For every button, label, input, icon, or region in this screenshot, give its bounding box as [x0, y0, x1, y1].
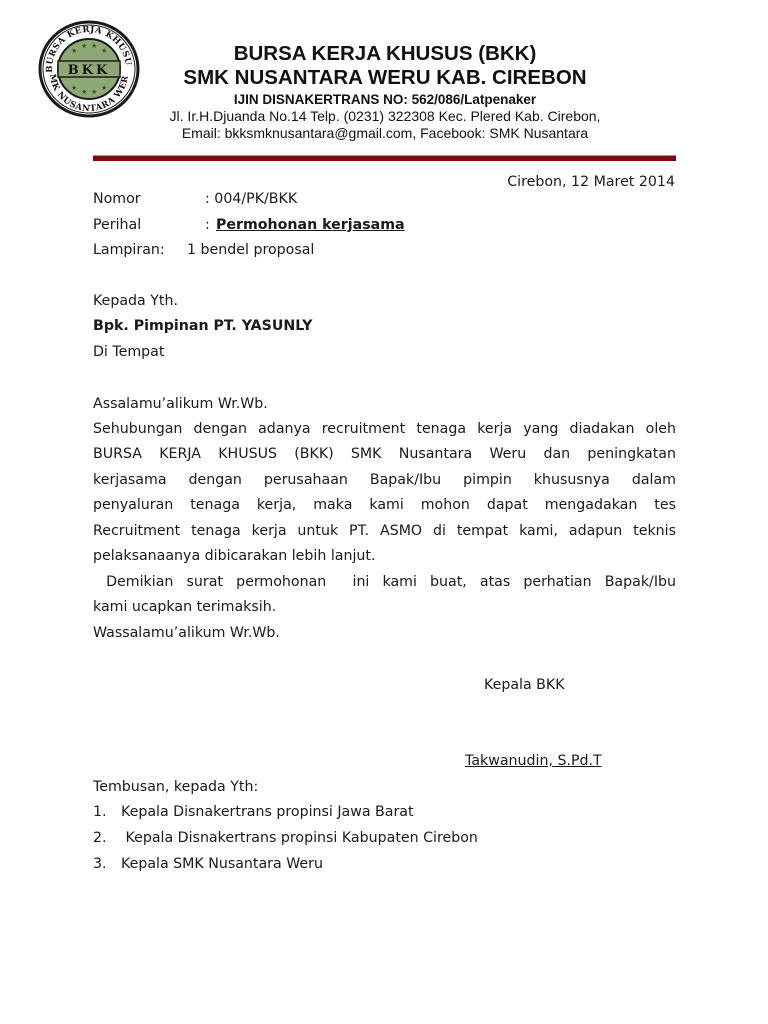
cc-item-number: 3.	[93, 855, 107, 873]
body-line: kerjasama dengan perusahaan Bapak/Ibu pi…	[93, 471, 676, 489]
cc-item: Kepala Disnakertrans propinsi Jawa Barat	[121, 803, 414, 821]
nomor-value: : 004/PK/BKK	[205, 190, 297, 208]
cc-item-number: 1.	[93, 803, 107, 821]
cc-item-number: 2.	[93, 829, 107, 847]
nomor-label: Nomor	[93, 190, 141, 208]
opening-salutation: Assalamu’alikum Wr.Wb.	[93, 395, 268, 413]
body-line: pelaksanaanya dibicarakan lebih lanjut.	[93, 547, 375, 565]
body-line: Recruitment tenaga kerja untuk PT. ASMO …	[93, 522, 676, 540]
perihal-label: Perihal	[93, 216, 141, 234]
cc-item: Kepala Disnakertrans propinsi Kabupaten …	[121, 829, 478, 847]
letter-page: BKK BURSA KERJA KHUSUS SMK NUSANTARA WER…	[0, 0, 768, 1024]
letterhead-divider	[93, 155, 676, 161]
closing-salutation: Wassalamu’alikum Wr.Wb.	[93, 624, 280, 642]
body-line: BURSA KERJA KHUSUS (BKK) SMK Nusantara W…	[93, 445, 676, 463]
signature-name: Takwanudin, S.Pd.T	[465, 752, 602, 770]
svg-text:★: ★	[81, 42, 87, 50]
lampiran-value: 1 bendel proposal	[187, 241, 314, 259]
svg-text:★: ★	[71, 84, 77, 92]
address: Jl. Ir.H.Djuanda No.14 Telp. (0231) 3223…	[130, 108, 640, 124]
perihal-colon: :	[205, 216, 210, 234]
svg-text:★: ★	[91, 42, 97, 50]
school-title: SMK NUSANTARA WERU KAB. CIREBON	[130, 66, 640, 90]
license-number: IJIN DISNAKERTRANS NO: 562/086/Latpenake…	[130, 92, 640, 107]
svg-text:★: ★	[71, 47, 77, 55]
recipient-name: Bpk. Pimpinan PT. YASUNLY	[93, 317, 312, 335]
svg-text:BKK: BKK	[68, 63, 111, 78]
cc-item: Kepala SMK Nusantara Weru	[121, 855, 323, 873]
bkk-emblem-icon: BKK BURSA KERJA KHUSUS SMK NUSANTARA WER…	[38, 20, 140, 118]
place-date: Cirebon, 12 Maret 2014	[507, 173, 675, 191]
lampiran-label: Lampiran:	[93, 241, 165, 259]
closing-paragraph-end: kami ucapkan terimaksih.	[93, 598, 276, 616]
body-line: penyaluran tenaga kerja, maka kami mohon…	[93, 496, 676, 514]
closing-paragraph: Demikian surat permohonan ini kami buat,…	[93, 573, 676, 591]
svg-text:★: ★	[91, 88, 97, 96]
org-title: BURSA KERJA KHUSUS (BKK)	[130, 42, 640, 66]
recipient-location: Di Tempat	[93, 343, 164, 361]
body-line: Sehubungan dengan adanya recruitment ten…	[93, 420, 676, 438]
recipient-greeting: Kepada Yth.	[93, 292, 178, 310]
svg-text:★: ★	[81, 88, 87, 96]
signature-title: Kepala BKK	[484, 676, 565, 694]
svg-text:★: ★	[101, 84, 107, 92]
perihal-value: Permohonan kerjasama	[216, 216, 405, 234]
contact-info: Email: bkksmknusantara@gmail.com, Facebo…	[130, 125, 640, 141]
cc-heading: Tembusan, kepada Yth:	[93, 778, 258, 796]
svg-text:★: ★	[101, 47, 107, 55]
